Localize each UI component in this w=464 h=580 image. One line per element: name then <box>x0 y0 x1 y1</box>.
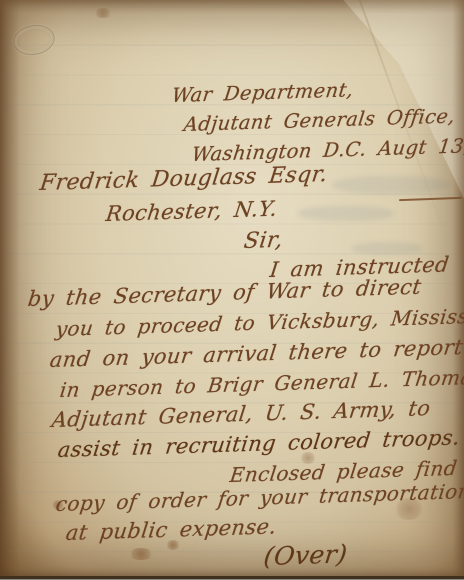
paper-edge-shadow-left <box>0 0 20 576</box>
postscript-over: (Over) <box>262 539 349 571</box>
paper-edge-shadow-top <box>0 0 464 14</box>
ink-bleed-ghost <box>332 176 450 194</box>
letter-scan-photo: War Department, Adjutant Generals Office… <box>0 0 464 580</box>
ink-bleed-ghost <box>298 206 394 221</box>
salutation: Sir, <box>242 228 284 254</box>
letter-paper: War Department, Adjutant Generals Office… <box>0 0 464 579</box>
paper-stain <box>94 8 112 18</box>
paper-stain <box>128 548 154 560</box>
